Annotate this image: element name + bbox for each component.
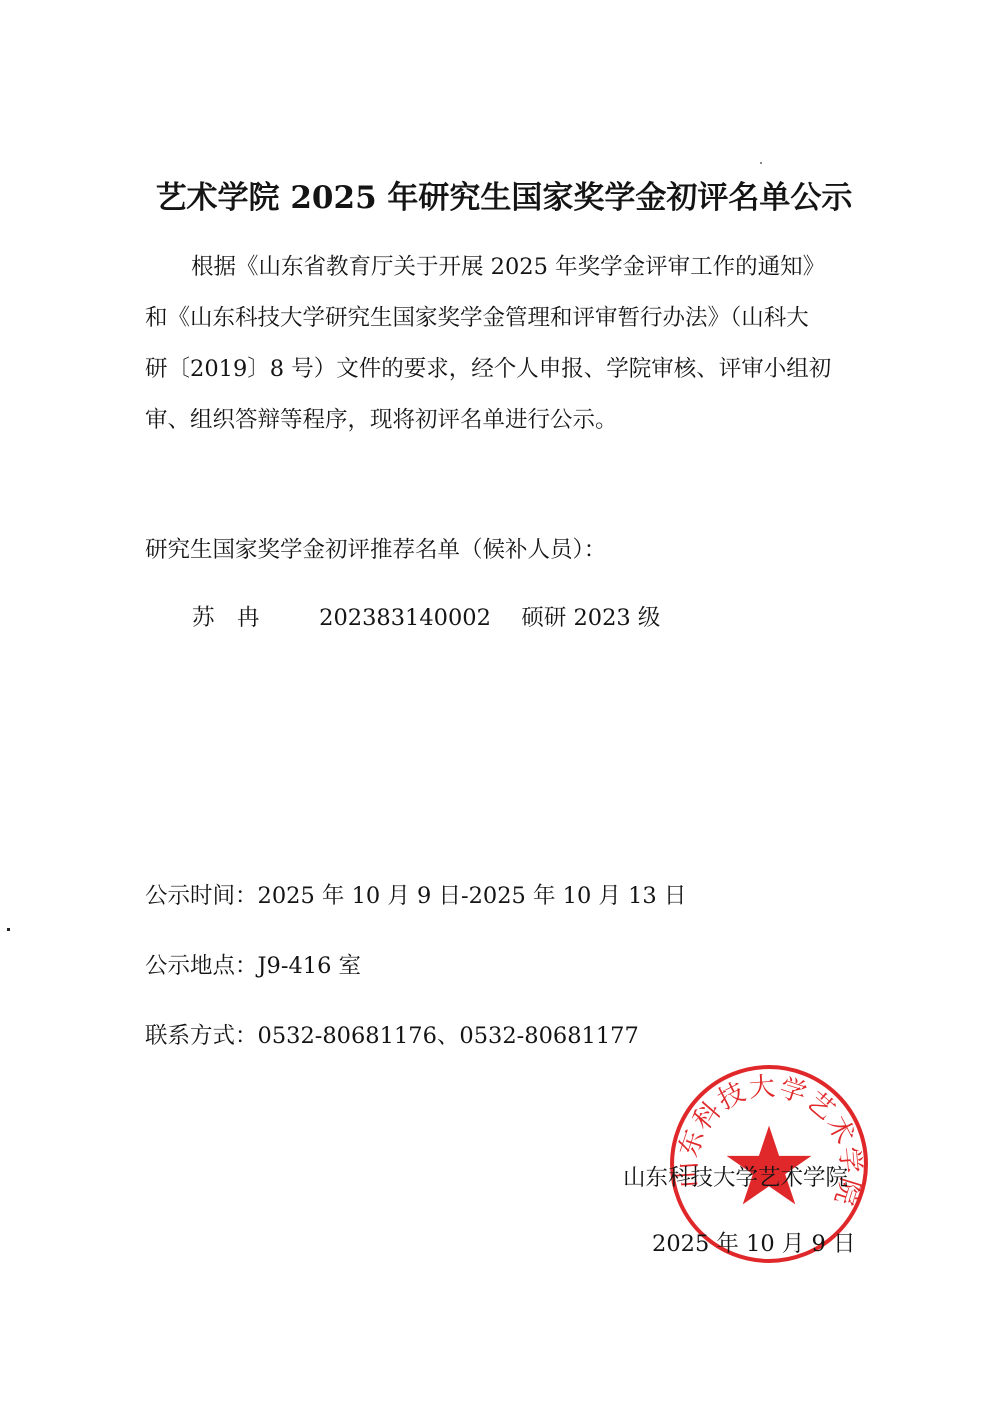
- candidate-grade: 硕研 2023 级: [521, 600, 660, 632]
- list-heading: 研究生国家奖学金初评推荐名单（候补人员）：: [145, 532, 606, 564]
- notice-place: 公示地点：J9-416 室: [145, 948, 361, 980]
- contact-info: 联系方式：0532-80681176、0532-80681177: [145, 1018, 639, 1050]
- body-line: 研〔2019〕8 号）文件的要求，经个人申报、学院审核、评审小组初: [145, 344, 875, 395]
- candidate-name: 苏 冉: [192, 600, 312, 632]
- body-line: 审、组织答辩等程序，现将初评名单进行公示。: [145, 395, 875, 446]
- body-paragraph: 根据《山东省教育厅关于开展 2025 年奖学金评审工作的通知》 和《山东科技大学…: [145, 242, 875, 446]
- page-title: 艺术学院 2025 年研究生国家奖学金初评名单公示: [0, 172, 1008, 217]
- notice-time: 公示时间：2025 年 10 月 9 日-2025 年 10 月 13 日: [145, 878, 686, 910]
- scan-speck: [760, 162, 762, 164]
- scan-speck: [7, 928, 10, 931]
- body-line: 和《山东科技大学研究生国家奖学金管理和评审暂行办法》（山科大: [145, 293, 875, 344]
- signature-org: 山东科技大学艺术学院: [623, 1160, 848, 1192]
- body-line: 根据《山东省教育厅关于开展 2025 年奖学金评审工作的通知》: [145, 242, 875, 293]
- signature-date: 2025 年 10 月 9 日: [652, 1226, 855, 1258]
- candidate-student-id: 202383140002: [319, 605, 514, 631]
- candidate-row: 苏 冉 202383140002 硕研 2023 级: [192, 600, 660, 632]
